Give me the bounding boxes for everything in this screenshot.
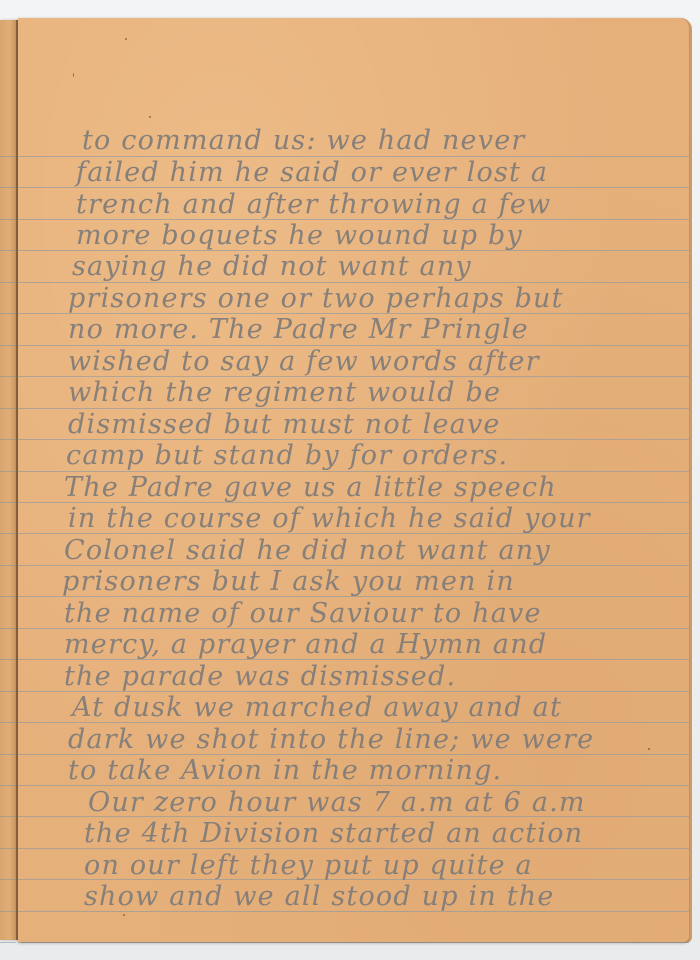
text-line: saying he did not want any xyxy=(72,252,472,282)
facing-page-ruled-line xyxy=(0,942,16,943)
facing-page-ruled-line xyxy=(0,659,16,660)
text-line: to take Avion in the morning. xyxy=(68,756,502,786)
facing-page-ruled-line xyxy=(0,911,16,912)
text-line: in the course of which he said your xyxy=(68,504,591,534)
notebook-page: to command us: we had never failed him h… xyxy=(18,18,689,942)
text-line: The Padre gave us a little speech xyxy=(64,473,557,503)
ruled-line xyxy=(18,942,689,943)
text-line: At dusk we marched away and at xyxy=(72,693,562,723)
facing-page-ruled-line xyxy=(0,219,16,220)
paper-speck xyxy=(73,73,74,77)
facing-page-ruled-line xyxy=(0,785,16,786)
facing-page-ruled-line xyxy=(0,187,16,188)
facing-page-ruled-line xyxy=(0,156,16,157)
text-line: prisoners but I ask you men in xyxy=(62,567,515,597)
facing-page-ruled-line xyxy=(0,848,16,849)
text-line: wished to say a few words after xyxy=(68,347,540,377)
facing-page-ruled-line xyxy=(0,502,16,503)
text-line: show and we all stood up in the xyxy=(84,882,555,912)
facing-page-ruled-line xyxy=(0,313,16,314)
text-line: dark we shot into the line; we were xyxy=(68,725,594,755)
facing-page-ruled-line xyxy=(0,250,16,251)
text-line: more boquets he wound up by xyxy=(76,221,523,251)
text-line: the 4th Division started an action xyxy=(84,819,583,849)
facing-page-ruled-line xyxy=(0,376,16,377)
text-line: failed him he said or ever lost a xyxy=(76,158,548,188)
text-line: to command us: we had never xyxy=(82,126,662,156)
text-line: on our left they put up quite a xyxy=(84,851,533,881)
text-line: trench and after throwing a few xyxy=(76,190,551,220)
text-line: which the regiment would be xyxy=(68,378,501,408)
facing-page-ruled-line xyxy=(0,565,16,566)
facing-page-ruled-line xyxy=(0,754,16,755)
facing-page-ruled-line xyxy=(0,471,16,472)
paper-speck xyxy=(648,748,650,750)
paper-speck xyxy=(125,38,127,40)
facing-page-edge xyxy=(0,20,18,940)
facing-page-ruled-line xyxy=(0,722,16,723)
facing-page-ruled-line xyxy=(0,408,16,409)
paper-speck xyxy=(418,478,420,480)
text-line: camp but stand by for orders. xyxy=(66,441,508,471)
text-line: no more. The Padre Mr Pringle xyxy=(68,315,529,345)
facing-page-ruled-line xyxy=(0,628,16,629)
facing-page-ruled-line xyxy=(0,879,16,880)
facing-page-ruled-line xyxy=(0,439,16,440)
facing-page-ruled-line xyxy=(0,596,16,597)
text-line: Colonel said he did not want any xyxy=(64,536,551,566)
facing-page-ruled-line xyxy=(0,533,16,534)
text-line: the parade was dismissed. xyxy=(64,662,456,692)
paper-speck xyxy=(123,914,125,916)
facing-page-ruled-line xyxy=(0,691,16,692)
handwritten-text: to command us: we had never failed him h… xyxy=(18,18,689,942)
facing-page-ruled-line xyxy=(0,282,16,283)
paper-speck xyxy=(149,116,151,118)
text-line: Our zero hour was 7 a.m at 6 a.m xyxy=(88,788,586,818)
facing-page-ruled-line xyxy=(0,816,16,817)
text-line: the name of our Saviour to have xyxy=(64,599,542,629)
text-line: prisoners one or two perhaps but xyxy=(68,284,564,314)
facing-page-ruled-line xyxy=(0,345,16,346)
text-line: dismissed but must not leave xyxy=(68,410,501,440)
text-line: mercy, a prayer and a Hymn and xyxy=(64,630,547,660)
